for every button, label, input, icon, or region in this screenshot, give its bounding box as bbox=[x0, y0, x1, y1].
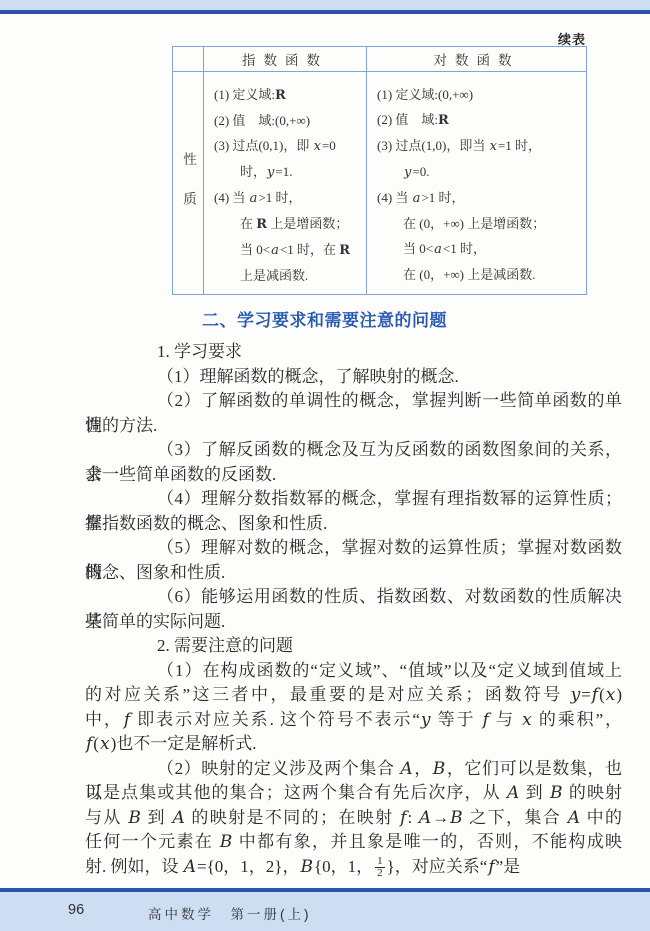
table-cell-line: (1) 定义域:R bbox=[214, 82, 360, 108]
table-cell-line: 当 0<a<1 时，在 R bbox=[214, 237, 360, 263]
table-cell-line: (4) 当 a>1 时， bbox=[214, 185, 360, 211]
fraction: 12 bbox=[375, 856, 385, 880]
body-text: 1. 学习要求（1）理解函数的概念，了解映射的概念.（2）了解函数的单调性的概念… bbox=[85, 340, 622, 879]
column-header-logarithmic: 对数函数 bbox=[367, 47, 587, 72]
body-line: （2）了解函数的单调性的概念，掌握判断一些简单函数的单调 bbox=[85, 389, 622, 414]
body-line: （6）能够运用函数的性质、指数函数、对数函数的性质解决某 bbox=[85, 585, 622, 610]
body-line: 1. 学习要求 bbox=[85, 340, 622, 365]
book-title: 高中数学 第一册(上) bbox=[148, 903, 312, 923]
table-cell-line: (4) 当 a>1 时， bbox=[377, 185, 580, 211]
table-header-row: 指数函数 对数函数 bbox=[173, 47, 587, 72]
body-line: （2）映射的定义涉及两个集合 A，B，它们可以是数集，也可 bbox=[85, 757, 622, 782]
body-line: 些简单的实际问题. bbox=[85, 610, 622, 635]
body-line: f(x)也不一定是解析式. bbox=[85, 732, 622, 757]
body-line: 的对应关系”这三者中，最重要的是对应关系；函数符号 y=f(x) bbox=[85, 683, 622, 708]
page-number: 96 bbox=[68, 902, 84, 918]
exponential-properties-cell: (1) 定义域:R(2) 值 域:(0,+∞)(3) 过点(0,1)，即 x=0… bbox=[204, 72, 367, 295]
body-line: 以是点集或其他的集合；这两个集合有先后次序，从 A 到 B 的映射 bbox=[85, 781, 622, 806]
table-cell-line: 时，y=1. bbox=[214, 159, 360, 185]
table-cell-line: (3) 过点(1,0)，即当 x=1 时， bbox=[377, 133, 580, 159]
function-properties-table: 指数函数 对数函数 性质 (1) 定义域:R(2) 值 域:(0,+∞)(3) … bbox=[172, 46, 587, 295]
section-heading: 二、学习要求和需要注意的问题 bbox=[202, 306, 447, 331]
top-band-dark bbox=[0, 10, 650, 14]
top-band-light bbox=[0, 0, 650, 10]
body-line: 与从 B 到 A 的映射是不同的；在映射 f: A→B 之下，集合 A 中的 bbox=[85, 806, 622, 831]
corner-cell bbox=[173, 47, 204, 72]
body-line: 任何一个元素在 B 中都有象，并且象是唯一的，否则，不能构成映 bbox=[85, 830, 622, 855]
page-footer: 96 高中数学 第一册(上) bbox=[0, 892, 650, 931]
body-line: 概念、图象和性质. bbox=[85, 561, 622, 586]
row-label-properties: 性质 bbox=[173, 72, 204, 295]
body-line: （5）理解对数的概念，掌握对数的运算性质；掌握对数函数的 bbox=[85, 536, 622, 561]
body-line: 求一些简单函数的反函数. bbox=[85, 463, 622, 488]
body-line: 中，f 即表示对应关系. 这个符号不表示“y 等于 f 与 x 的乘积”， bbox=[85, 708, 622, 733]
logarithmic-properties-cell: (1) 定义域:(0,+∞)(2) 值 域:R(3) 过点(1,0)，即当 x=… bbox=[367, 72, 587, 295]
body-line: 握指数函数的概念、图象和性质. bbox=[85, 512, 622, 537]
table-cell-line: 上是减函数. bbox=[214, 263, 360, 288]
body-line: （3）了解反函数的概念及互为反函数的函数图象间的关系，会 bbox=[85, 438, 622, 463]
row-label-text: 性质 bbox=[178, 152, 198, 231]
body-line: （4）理解分数指数幂的概念，掌握有理指数幂的运算性质；掌 bbox=[85, 487, 622, 512]
table-body-row: 性质 (1) 定义域:R(2) 值 域:(0,+∞)(3) 过点(0,1)，即 … bbox=[173, 72, 587, 295]
table-cell-line: (1) 定义域:(0,+∞) bbox=[377, 82, 580, 107]
table-cell-line: 在 (0，+∞) 上是增函数； bbox=[377, 211, 580, 236]
column-header-exponential: 指数函数 bbox=[204, 47, 367, 72]
body-line: （1）理解函数的概念，了解映射的概念. bbox=[85, 365, 622, 390]
table-cell-line: (3) 过点(0,1)，即 x=0 bbox=[214, 133, 360, 159]
table-cell-line: 当 0<a<1 时， bbox=[377, 236, 580, 262]
body-line: 射. 例如，设 A={0，1，2}，B{0，1，12}，对应关系“f”是 bbox=[85, 855, 622, 880]
table-cell-line: 在 (0，+∞) 上是减函数. bbox=[377, 262, 580, 287]
body-line: 2. 需要注意的问题 bbox=[85, 634, 622, 659]
table-cell-line: (2) 值 域:(0,+∞) bbox=[214, 108, 360, 133]
table-cell-line: (2) 值 域:R bbox=[377, 107, 580, 133]
textbook-page: 续表 指数函数 对数函数 性质 (1) 定义域:R(2) 值 域:(0,+∞)(… bbox=[0, 0, 650, 931]
body-line: （1）在构成函数的“定义域”、“值域”以及“定义域到值域上 bbox=[85, 659, 622, 684]
body-line: 性的方法. bbox=[85, 414, 622, 439]
table-cell-line: y=0. bbox=[377, 159, 580, 185]
table-cell-line: 在 R 上是增函数； bbox=[214, 211, 360, 237]
